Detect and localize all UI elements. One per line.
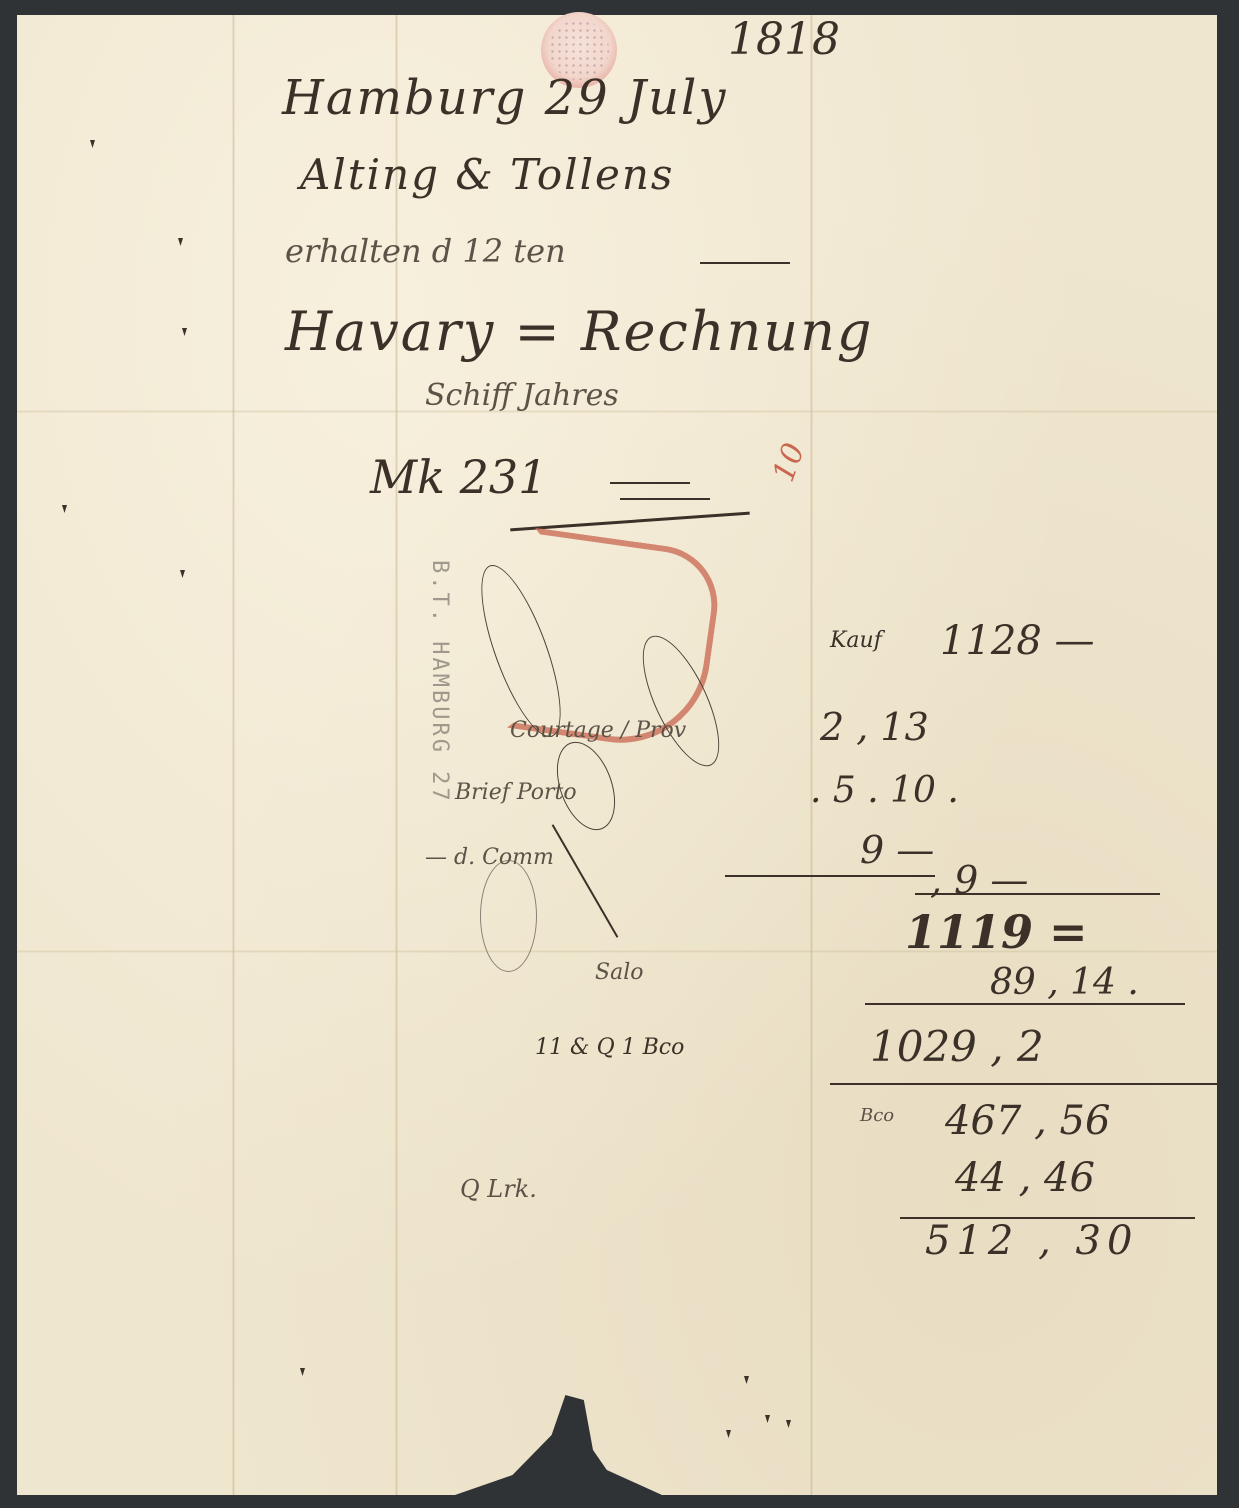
header-received: erhalten d 12 ten: [285, 232, 566, 270]
postal-stamp: B.T. HAMBURG 27: [427, 560, 452, 804]
year-note: 1818: [728, 14, 840, 65]
account-value: 9 —: [860, 828, 934, 872]
account-total: 512 , 30: [925, 1218, 1138, 1264]
account-value: 1029 , 2: [870, 1022, 1044, 1071]
account-label: Kauf: [830, 628, 882, 653]
account-value: 44 , 46: [955, 1155, 1095, 1201]
fold-line: [810, 15, 813, 1495]
sum-rule: [915, 893, 1160, 895]
sum-rule: [865, 1003, 1185, 1005]
header-place-date: Hamburg 29 July: [282, 70, 728, 126]
account-value: 1128 —: [940, 618, 1095, 664]
header-firm: Alting & Tollens: [300, 150, 674, 199]
header-title: Havary = Rechnung: [285, 300, 873, 363]
account-value: 1119 =: [905, 905, 1088, 959]
header-ship: Schiff Jahres: [425, 378, 619, 413]
underline: [700, 262, 790, 264]
fold-line: [232, 15, 235, 1495]
account-label: — d. Comm: [425, 845, 554, 870]
account-value: 467 , 56: [945, 1098, 1110, 1144]
sum-rule: [830, 1083, 1220, 1085]
account-value: 89 , 14 .: [990, 962, 1139, 1003]
stroke: [610, 482, 690, 484]
account-label: Bco: [860, 1105, 894, 1126]
account-label: 11 & Q 1 Bco: [535, 1035, 684, 1060]
amount-line: Mk 231: [370, 450, 547, 504]
signature-flourish: [480, 860, 537, 972]
letter-paper: [17, 15, 1217, 1495]
sum-rule: [725, 875, 935, 877]
account-value: . 5 . 10 .: [810, 770, 959, 811]
account-label: Salo: [595, 960, 643, 985]
stroke: [620, 498, 710, 500]
account-value: 2 , 13: [820, 705, 929, 749]
account-label: Q Lrk.: [460, 1175, 537, 1203]
account-value: , 9 —: [930, 858, 1028, 902]
account-label: Brief Porto: [455, 780, 577, 805]
account-label: Courtage / Prov: [510, 718, 686, 743]
